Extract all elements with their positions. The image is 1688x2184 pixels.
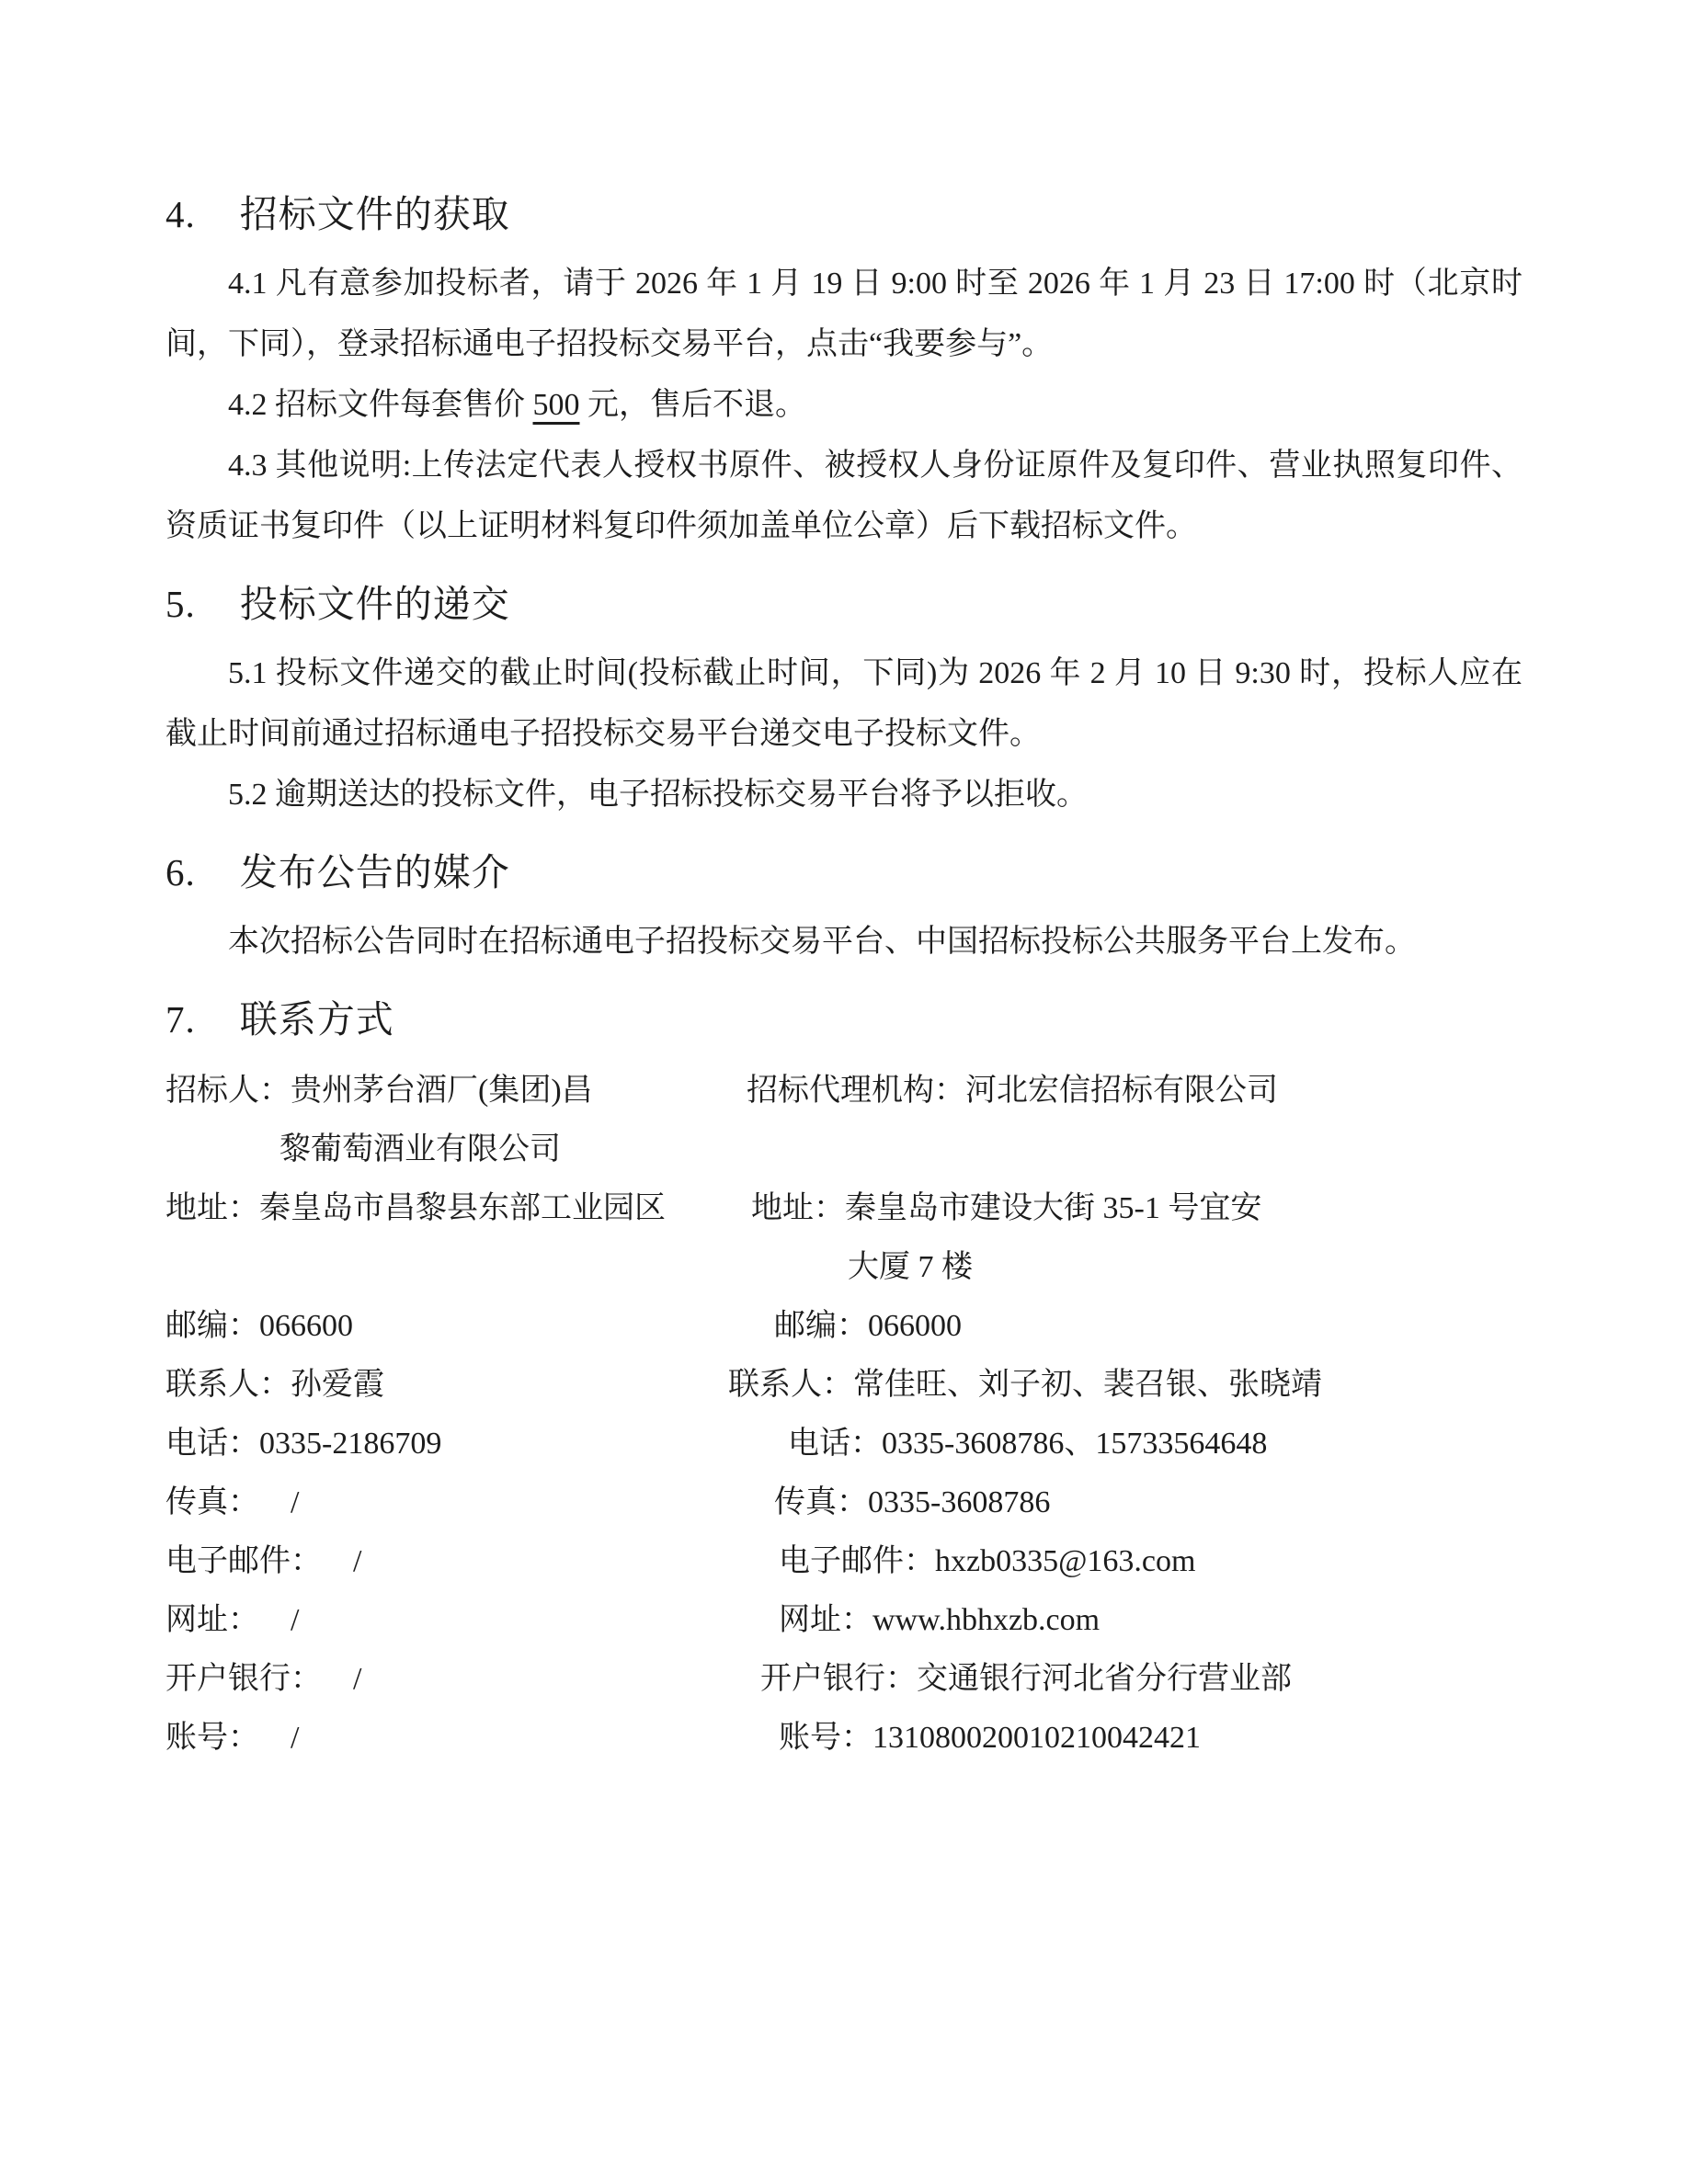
tenderer-name-wrap: 黎葡萄酒业有限公司: [165, 1120, 728, 1179]
tenderer-postcode: 邮编：066600: [165, 1297, 728, 1356]
agency-postcode: 邮编：066000: [728, 1297, 1523, 1356]
agency-address: 地址：秦皇岛市建设大街 35-1 号宜安: [728, 1179, 1523, 1238]
clause-4-3: 4.3 其他说明:上传法定代表人授权书原件、被授权人身份证原件及复印件、营业执照…: [165, 436, 1523, 557]
agency-name: 招标代理机构：河北宏信招标有限公司: [728, 1062, 1523, 1120]
section-5-title: 投标文件的递交: [240, 579, 510, 630]
section-7-number: 7.: [165, 995, 196, 1045]
contact-row-phone: 电话：0335-2186709 电话：0335-3608786、15733564…: [165, 1415, 1523, 1473]
tenderer-name: 招标人：贵州茅台酒厂(集团)昌: [165, 1062, 728, 1120]
contact-row-postcode: 邮编：066600 邮编：066000: [165, 1297, 1523, 1356]
document-page: 4. 招标文件的获取 4.1 凡有意参加投标者，请于 2026 年 1 月 19…: [0, 0, 1688, 2184]
contact-row-website: 网址： / 网址：www.hbhxzb.com: [165, 1591, 1523, 1650]
contact-row-names: 招标人：贵州茅台酒厂(集团)昌 招标代理机构：河北宏信招标有限公司: [165, 1062, 1523, 1120]
tenderer-contact-person: 联系人：孙爱霞: [165, 1356, 728, 1415]
agency-contact-persons: 联系人：常佳旺、刘子初、裴召银、张晓靖: [728, 1356, 1523, 1415]
section-4-number: 4.: [165, 189, 196, 240]
tenderer-phone: 电话：0335-2186709: [165, 1415, 728, 1473]
contact-row-account: 账号： / 账号：131080020010210042421: [165, 1709, 1523, 1768]
document-content: 4. 招标文件的获取 4.1 凡有意参加投标者，请于 2026 年 1 月 19…: [0, 0, 1688, 1768]
contact-row-persons: 联系人：孙爱霞 联系人：常佳旺、刘子初、裴召银、张晓靖: [165, 1356, 1523, 1415]
section-5-number: 5.: [165, 579, 196, 630]
agency-name-wrap: [728, 1120, 1523, 1179]
contact-row-address-wrap: 大厦 7 楼: [165, 1238, 1523, 1297]
tenderer-fax: 传真： /: [165, 1473, 728, 1532]
section-4-title: 招标文件的获取: [240, 189, 510, 240]
document-price-underline: 500: [533, 388, 580, 422]
contact-row-fax: 传真： / 传真：0335-3608786: [165, 1473, 1523, 1532]
contact-row-email: 电子邮件： / 电子邮件：hxzb0335@163.com: [165, 1532, 1523, 1591]
section-6-number: 6.: [165, 847, 196, 898]
section-5-heading: 5. 投标文件的递交: [165, 579, 1523, 630]
section-4-heading: 4. 招标文件的获取: [165, 189, 1523, 240]
clause-5-1: 5.1 投标文件递交的截止时间(投标截止时间，下同)为 2026 年 2 月 1…: [165, 643, 1523, 765]
agency-account: 账号：131080020010210042421: [728, 1709, 1523, 1768]
contact-row-name-wrap: 黎葡萄酒业有限公司: [165, 1120, 1523, 1179]
clause-4-2-suffix: 元，售后不退。: [580, 388, 807, 422]
agency-fax: 传真：0335-3608786: [728, 1473, 1523, 1532]
tenderer-address-wrap: [165, 1238, 728, 1297]
tenderer-website: 网址： /: [165, 1591, 728, 1650]
agency-email: 电子邮件：hxzb0335@163.com: [728, 1532, 1523, 1591]
tenderer-address: 地址：秦皇岛市昌黎县东部工业园区: [165, 1179, 728, 1238]
clause-4-2-prefix: 4.2 招标文件每套售价: [228, 388, 533, 422]
contact-table: 招标人：贵州茅台酒厂(集团)昌 招标代理机构：河北宏信招标有限公司 黎葡萄酒业有…: [165, 1062, 1523, 1768]
tenderer-bank: 开户银行： /: [165, 1650, 728, 1709]
agency-address-wrap: 大厦 7 楼: [728, 1238, 1523, 1297]
section-7-heading: 7. 联系方式: [165, 995, 1523, 1045]
clause-4-2: 4.2 招标文件每套售价 500 元，售后不退。: [165, 375, 1523, 436]
contact-row-bank: 开户银行： / 开户银行：交通银行河北省分行营业部: [165, 1650, 1523, 1709]
agency-website: 网址：www.hbhxzb.com: [728, 1591, 1523, 1650]
agency-phone: 电话：0335-3608786、15733564648: [728, 1415, 1523, 1473]
section-6-heading: 6. 发布公告的媒介: [165, 847, 1523, 898]
section-6-title: 发布公告的媒介: [240, 847, 510, 898]
agency-bank: 开户银行：交通银行河北省分行营业部: [728, 1650, 1523, 1709]
clause-5-2: 5.2 逾期送达的投标文件，电子招标投标交易平台将予以拒收。: [165, 765, 1523, 825]
contact-row-address: 地址：秦皇岛市昌黎县东部工业园区 地址：秦皇岛市建设大街 35-1 号宜安: [165, 1179, 1523, 1238]
tenderer-email: 电子邮件： /: [165, 1532, 728, 1591]
section-7-title: 联系方式: [240, 995, 394, 1045]
clause-4-1: 4.1 凡有意参加投标者，请于 2026 年 1 月 19 日 9:00 时至 …: [165, 254, 1523, 375]
announcement-media-paragraph: 本次招标公告同时在招标通电子招投标交易平台、中国招标投标公共服务平台上发布。: [165, 912, 1523, 973]
tenderer-account: 账号： /: [165, 1709, 728, 1768]
